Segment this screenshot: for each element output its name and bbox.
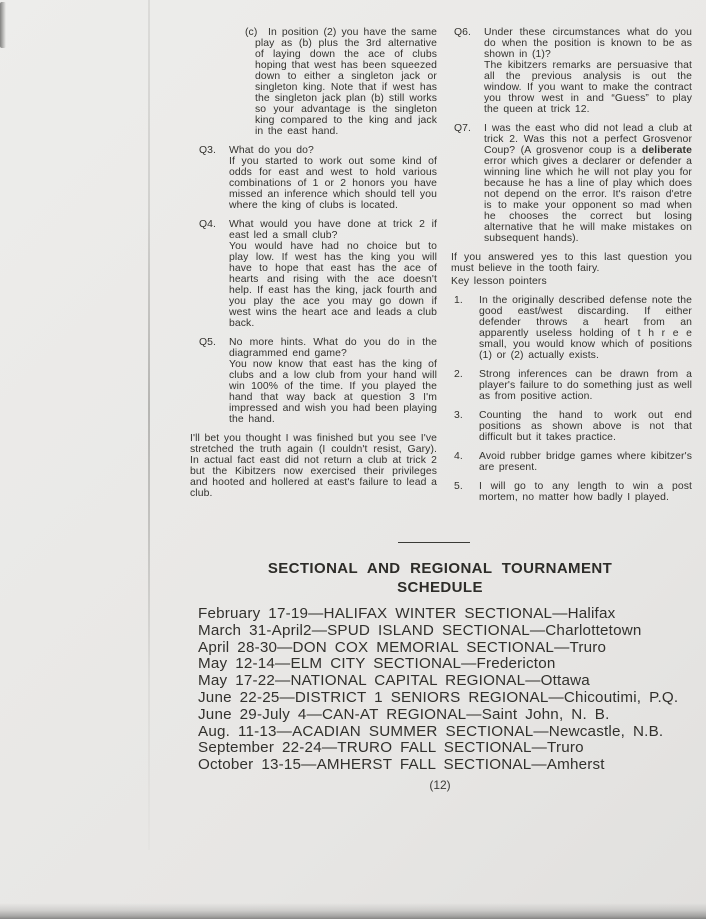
- page-fold-line: [148, 0, 150, 850]
- pointer-5-number: 5.: [454, 481, 463, 492]
- question-q5-label: Q5.: [199, 337, 216, 348]
- scanned-page: (c) In position (2) you have the same pl…: [0, 0, 706, 919]
- scan-edge-smudge: [0, 2, 6, 48]
- question-q6-label: Q6.: [454, 27, 471, 38]
- pointer-3-number: 3.: [454, 410, 463, 421]
- item-c-label: (c): [245, 27, 257, 38]
- pointer-1-number: 1.: [454, 295, 463, 306]
- question-q3-text: What do you do?: [229, 145, 437, 156]
- question-q3: Q3. What do you do? If you started to wo…: [190, 145, 437, 211]
- page-number: (12): [174, 778, 706, 792]
- pointer-item-1: 1. In the originally described defense n…: [445, 295, 692, 361]
- question-q6-answer: The kibitzers remarks are persuasive tha…: [484, 60, 692, 115]
- scan-bottom-shadow: [0, 903, 706, 919]
- q7-bold-word: deliberate: [642, 145, 692, 156]
- schedule-event: April 28-30—DON COX MEMORIAL SECTIONAL—T…: [198, 640, 698, 657]
- question-q4: Q4. What would you have done at trick 2 …: [190, 219, 437, 329]
- schedule-event: June 29-July 4—CAN-AT REGIONAL—Saint Joh…: [198, 707, 698, 724]
- closing-paragraph: I'll bet you thought I was finished but …: [190, 433, 437, 499]
- question-q4-text: What would you have done at trick 2 if e…: [229, 219, 437, 241]
- schedule-event: May 17-22—NATIONAL CAPITAL REGIONAL—Otta…: [198, 673, 698, 690]
- question-q7-label: Q7.: [454, 123, 471, 134]
- question-q5-answer: You now know that east has the king of c…: [229, 359, 437, 425]
- pointer-2-text: Strong inferences can be drawn from a pl…: [479, 369, 692, 402]
- schedule-event: Aug. 11-13—ACADIAN SUMMER SECTIONAL—Newc…: [198, 724, 698, 741]
- schedule-event: March 31-April2—SPUD ISLAND SECTIONAL—Ch…: [198, 623, 698, 640]
- pointer-2-number: 2.: [454, 369, 463, 380]
- item-c-text: In position (2) you have the same play a…: [255, 27, 437, 137]
- pointer-4-number: 4.: [454, 451, 463, 462]
- item-c: (c) In position (2) you have the same pl…: [190, 27, 437, 137]
- question-q4-answer: You would have had no choice but to play…: [229, 241, 437, 329]
- pointers-heading: Key lesson pointers: [451, 276, 692, 287]
- question-q6-text: Under these circumstances what do you do…: [484, 27, 692, 60]
- pointer-item-4: 4. Avoid rubber bridge games where kibit…: [445, 451, 692, 473]
- schedule-title: SECTIONAL AND REGIONAL TOURNAMENT SCHEDU…: [174, 559, 706, 597]
- question-q4-label: Q4.: [199, 219, 216, 230]
- pointer-4-text: Avoid rubber bridge games where kibitzer…: [479, 451, 692, 473]
- right-column: Q6. Under these circumstances what do yo…: [445, 27, 692, 511]
- tooth-fairy-paragraph: If you answered yes to this last questio…: [451, 252, 692, 274]
- schedule-event: February 17-19—HALIFAX WINTER SECTIONAL—…: [198, 606, 698, 623]
- schedule-event: June 22-25—DISTRICT 1 SENIORS REGIONAL—C…: [198, 690, 698, 707]
- pointer-5-text: I will go to any length to win a post mo…: [479, 481, 692, 503]
- question-q7-text: I was the east who did not lead a club a…: [484, 123, 692, 244]
- pointer-item-3: 3. Counting the hand to work out end pos…: [445, 410, 692, 443]
- schedule-event: September 22-24—TRURO FALL SECTIONAL—Tru…: [198, 740, 698, 757]
- section-divider: [398, 542, 470, 543]
- schedule-title-line1: SECTIONAL AND REGIONAL TOURNAMENT: [174, 559, 706, 578]
- question-q5-text: No more hints. What do you do in the dia…: [229, 337, 437, 359]
- schedule-event: May 12-14—ELM CITY SECTIONAL—Fredericton: [198, 656, 698, 673]
- question-q7: Q7. I was the east who did not lead a cl…: [445, 123, 692, 244]
- pointer-1-text: In the originally described defense note…: [479, 295, 692, 361]
- q7-text-suffix: error which gives a declarer or defender…: [484, 156, 692, 244]
- question-q6: Q6. Under these circumstances what do yo…: [445, 27, 692, 115]
- question-q3-answer: If you started to work out some kind of …: [229, 156, 437, 211]
- pointer-item-5: 5. I will go to any length to win a post…: [445, 481, 692, 503]
- schedule-title-line2: SCHEDULE: [174, 578, 706, 597]
- schedule-event: October 13-15—AMHERST FALL SECTIONAL—Amh…: [198, 757, 698, 774]
- left-column: (c) In position (2) you have the same pl…: [190, 27, 437, 499]
- question-q5: Q5. No more hints. What do you do in the…: [190, 337, 437, 425]
- question-q3-label: Q3.: [199, 145, 216, 156]
- pointer-item-2: 2. Strong inferences can be drawn from a…: [445, 369, 692, 402]
- schedule-list: February 17-19—HALIFAX WINTER SECTIONAL—…: [198, 606, 698, 774]
- pointer-3-text: Counting the hand to work out end positi…: [479, 410, 692, 443]
